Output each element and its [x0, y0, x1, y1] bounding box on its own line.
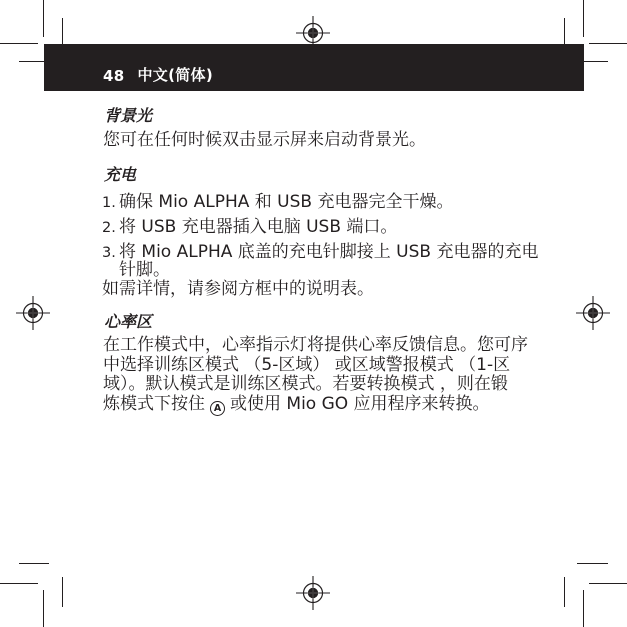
hrz-paragraph-line-4: 炼模式下按住A或使用 Mio GO 应用程序来转换。	[103, 394, 490, 416]
charging-step-3-wrap: 针脚。	[119, 260, 170, 280]
list-number: 3.	[102, 243, 119, 263]
crop-mark-bottom-left-v-outer	[43, 590, 44, 627]
list-number: 2.	[102, 218, 119, 238]
page-language-title: 中文(简体)	[137, 64, 213, 85]
crop-mark-bottom-left-h-inner	[19, 563, 49, 564]
crop-mark-bottom-right-h-inner	[577, 563, 608, 564]
crop-mark-top-left-h-inner	[19, 61, 44, 62]
crop-mark-bottom-right-h-outer	[589, 583, 627, 584]
list-text: 将 Mio ALPHA 底盖的充电针脚接上 USB 充电器的充电	[119, 242, 538, 262]
list-text: 确保 Mio ALPHA 和 USB 充电器完全干燥。	[119, 192, 453, 212]
registration-mark-right-icon	[576, 296, 610, 330]
charging-note: 如需详情，请参阅方框中的说明表。	[102, 279, 374, 299]
section-heading-charging: 充电	[104, 165, 136, 185]
crop-mark-bottom-right-v-inner	[564, 577, 565, 607]
button-a-label: A	[214, 404, 221, 414]
crop-mark-top-right-v-inner	[564, 18, 565, 44]
page-header-bar: 48 中文(简体)	[44, 44, 584, 91]
crop-mark-top-right-h-outer	[589, 43, 627, 44]
manual-page: 48 中文(简体) 背景光 您可在任何时候双击显示屏来启动背景光。 充电 1.确…	[0, 0, 627, 627]
registration-mark-left-icon	[16, 296, 50, 330]
button-a-icon: A	[210, 401, 225, 416]
hrz-line4-prefix: 炼模式下按住	[103, 394, 205, 414]
hrz-paragraph-line-1: 在工作模式中，心率指示灯将提供心率反馈信息。您可序	[103, 335, 528, 355]
section-heading-backlight: 背景光	[104, 106, 152, 126]
charging-step-2: 2.将 USB 充电器插入电脑 USB 端口。	[102, 217, 397, 238]
registration-mark-bottom-icon	[296, 576, 330, 610]
hrz-line4-suffix: 或使用 Mio GO 应用程序来转换。	[230, 394, 490, 414]
crop-mark-top-left-v-inner	[62, 18, 63, 44]
crop-mark-top-right-h-inner	[584, 61, 608, 62]
section-heading-heart-rate-zone: 心率区	[104, 312, 152, 332]
list-number: 1.	[102, 193, 119, 213]
page-number: 48	[103, 67, 124, 85]
crop-mark-top-left-v-outer	[43, 0, 44, 37]
crop-mark-top-left-h-outer	[0, 43, 38, 44]
charging-step-1: 1.确保 Mio ALPHA 和 USB 充电器完全干燥。	[102, 192, 453, 213]
backlight-paragraph-line: 您可在任何时候双击显示屏来启动背景光。	[103, 130, 426, 150]
hrz-paragraph-line-2: 中选择训练区模式 （5-区域） 或区域警报模式 （1-区	[103, 355, 510, 375]
crop-mark-bottom-left-v-inner	[62, 577, 63, 607]
crop-mark-top-right-v-outer	[583, 0, 584, 37]
hrz-paragraph-line-3: 域）。默认模式是训练区模式。若要转换模式 ，则在锻	[103, 374, 508, 394]
crop-mark-bottom-right-v-outer	[583, 590, 584, 627]
list-text: 将 USB 充电器插入电脑 USB 端口。	[119, 217, 397, 237]
crop-mark-bottom-left-h-outer	[0, 583, 38, 584]
